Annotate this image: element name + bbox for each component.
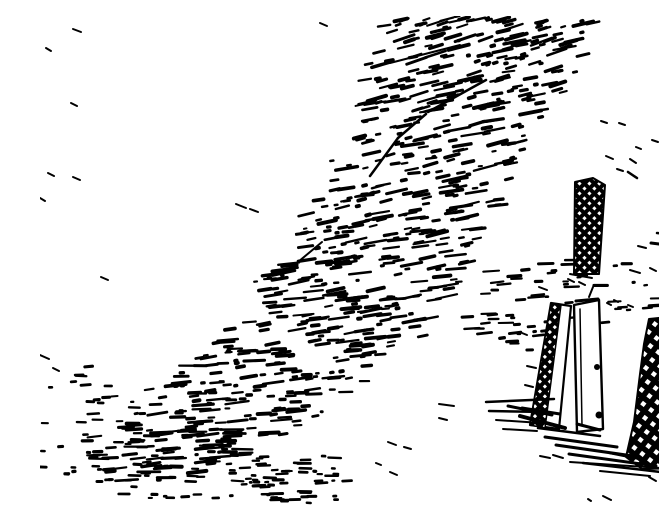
middle-post-knot: [596, 412, 603, 419]
distant-post: [574, 178, 605, 274]
sketch-figure: [40, 16, 659, 510]
middle-post-knot: [594, 364, 600, 370]
sketch-svg: [40, 16, 659, 510]
